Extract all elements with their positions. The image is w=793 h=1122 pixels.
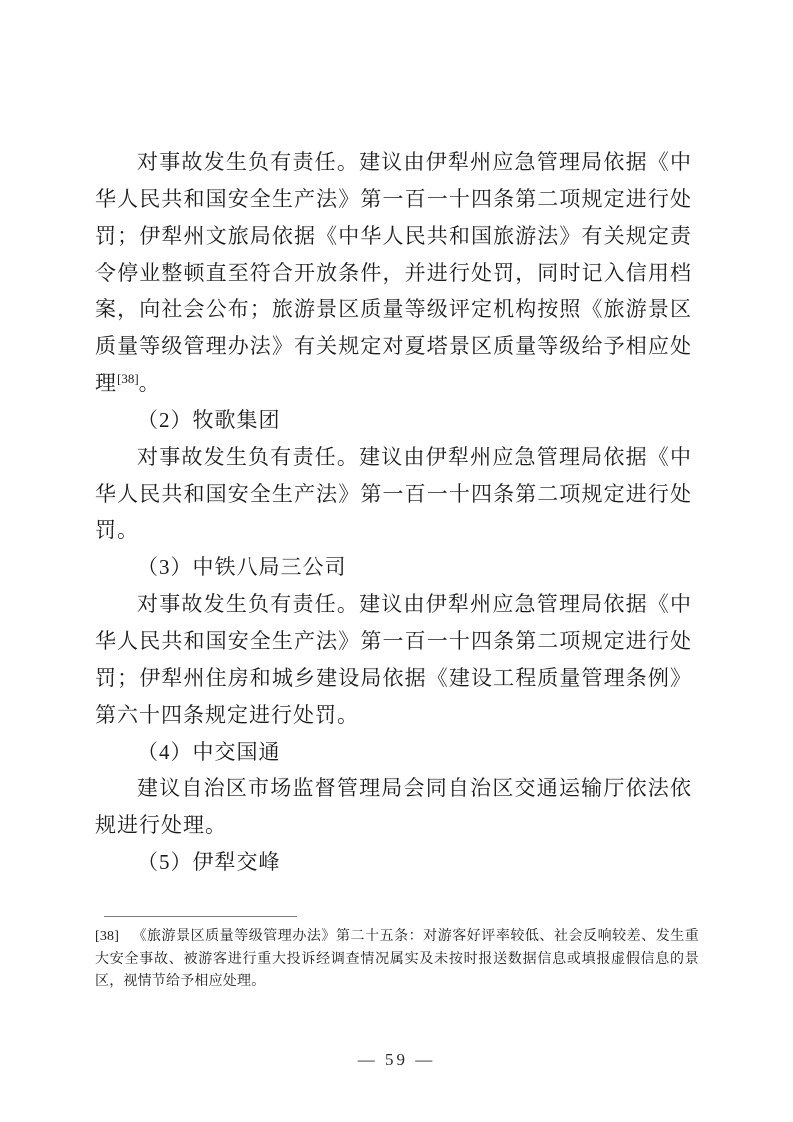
body-paragraph: 对事故发生负有责任。建议由伊犁州应急管理局依据《中华人民共和国安全生产法》第一百…	[95, 586, 692, 733]
document-body: 对事故发生负有责任。建议由伊犁州应急管理局依据《中华人民共和国安全生产法》第一百…	[95, 144, 692, 881]
footnote-reference: [38]	[117, 371, 139, 386]
footnote-marker: [38]	[95, 929, 119, 944]
document-page: 对事故发生负有责任。建议由伊犁州应急管理局依据《中华人民共和国安全生产法》第一百…	[0, 0, 793, 1122]
section-heading: （4）中交国通	[95, 734, 692, 771]
body-paragraph: 建议自治区市场监督管理局会同自治区交通运输厅依法依规进行处理。	[95, 770, 692, 844]
footnote: [38]《旅游景区质量等级管理办法》第二十五条：对游客好评率较低、社会反响较差、…	[95, 926, 699, 994]
section-heading: （5）伊犁交峰	[95, 844, 692, 881]
page-number: — 59 —	[0, 1050, 793, 1070]
footnote-text: 《旅游景区质量等级管理办法》第二十五条：对游客好评率较低、社会反响较差、发生重大…	[95, 929, 699, 989]
section-heading: （2）牧歌集团	[95, 402, 692, 439]
body-paragraph: 对事故发生负有责任。建议由伊犁州应急管理局依据《中华人民共和国安全生产法》第一百…	[95, 439, 692, 550]
body-paragraph: 对事故发生负有责任。建议由伊犁州应急管理局依据《中华人民共和国安全生产法》第一百…	[95, 144, 692, 402]
footnote-separator	[104, 916, 297, 917]
section-heading: （3）中铁八局三公司	[95, 549, 692, 586]
